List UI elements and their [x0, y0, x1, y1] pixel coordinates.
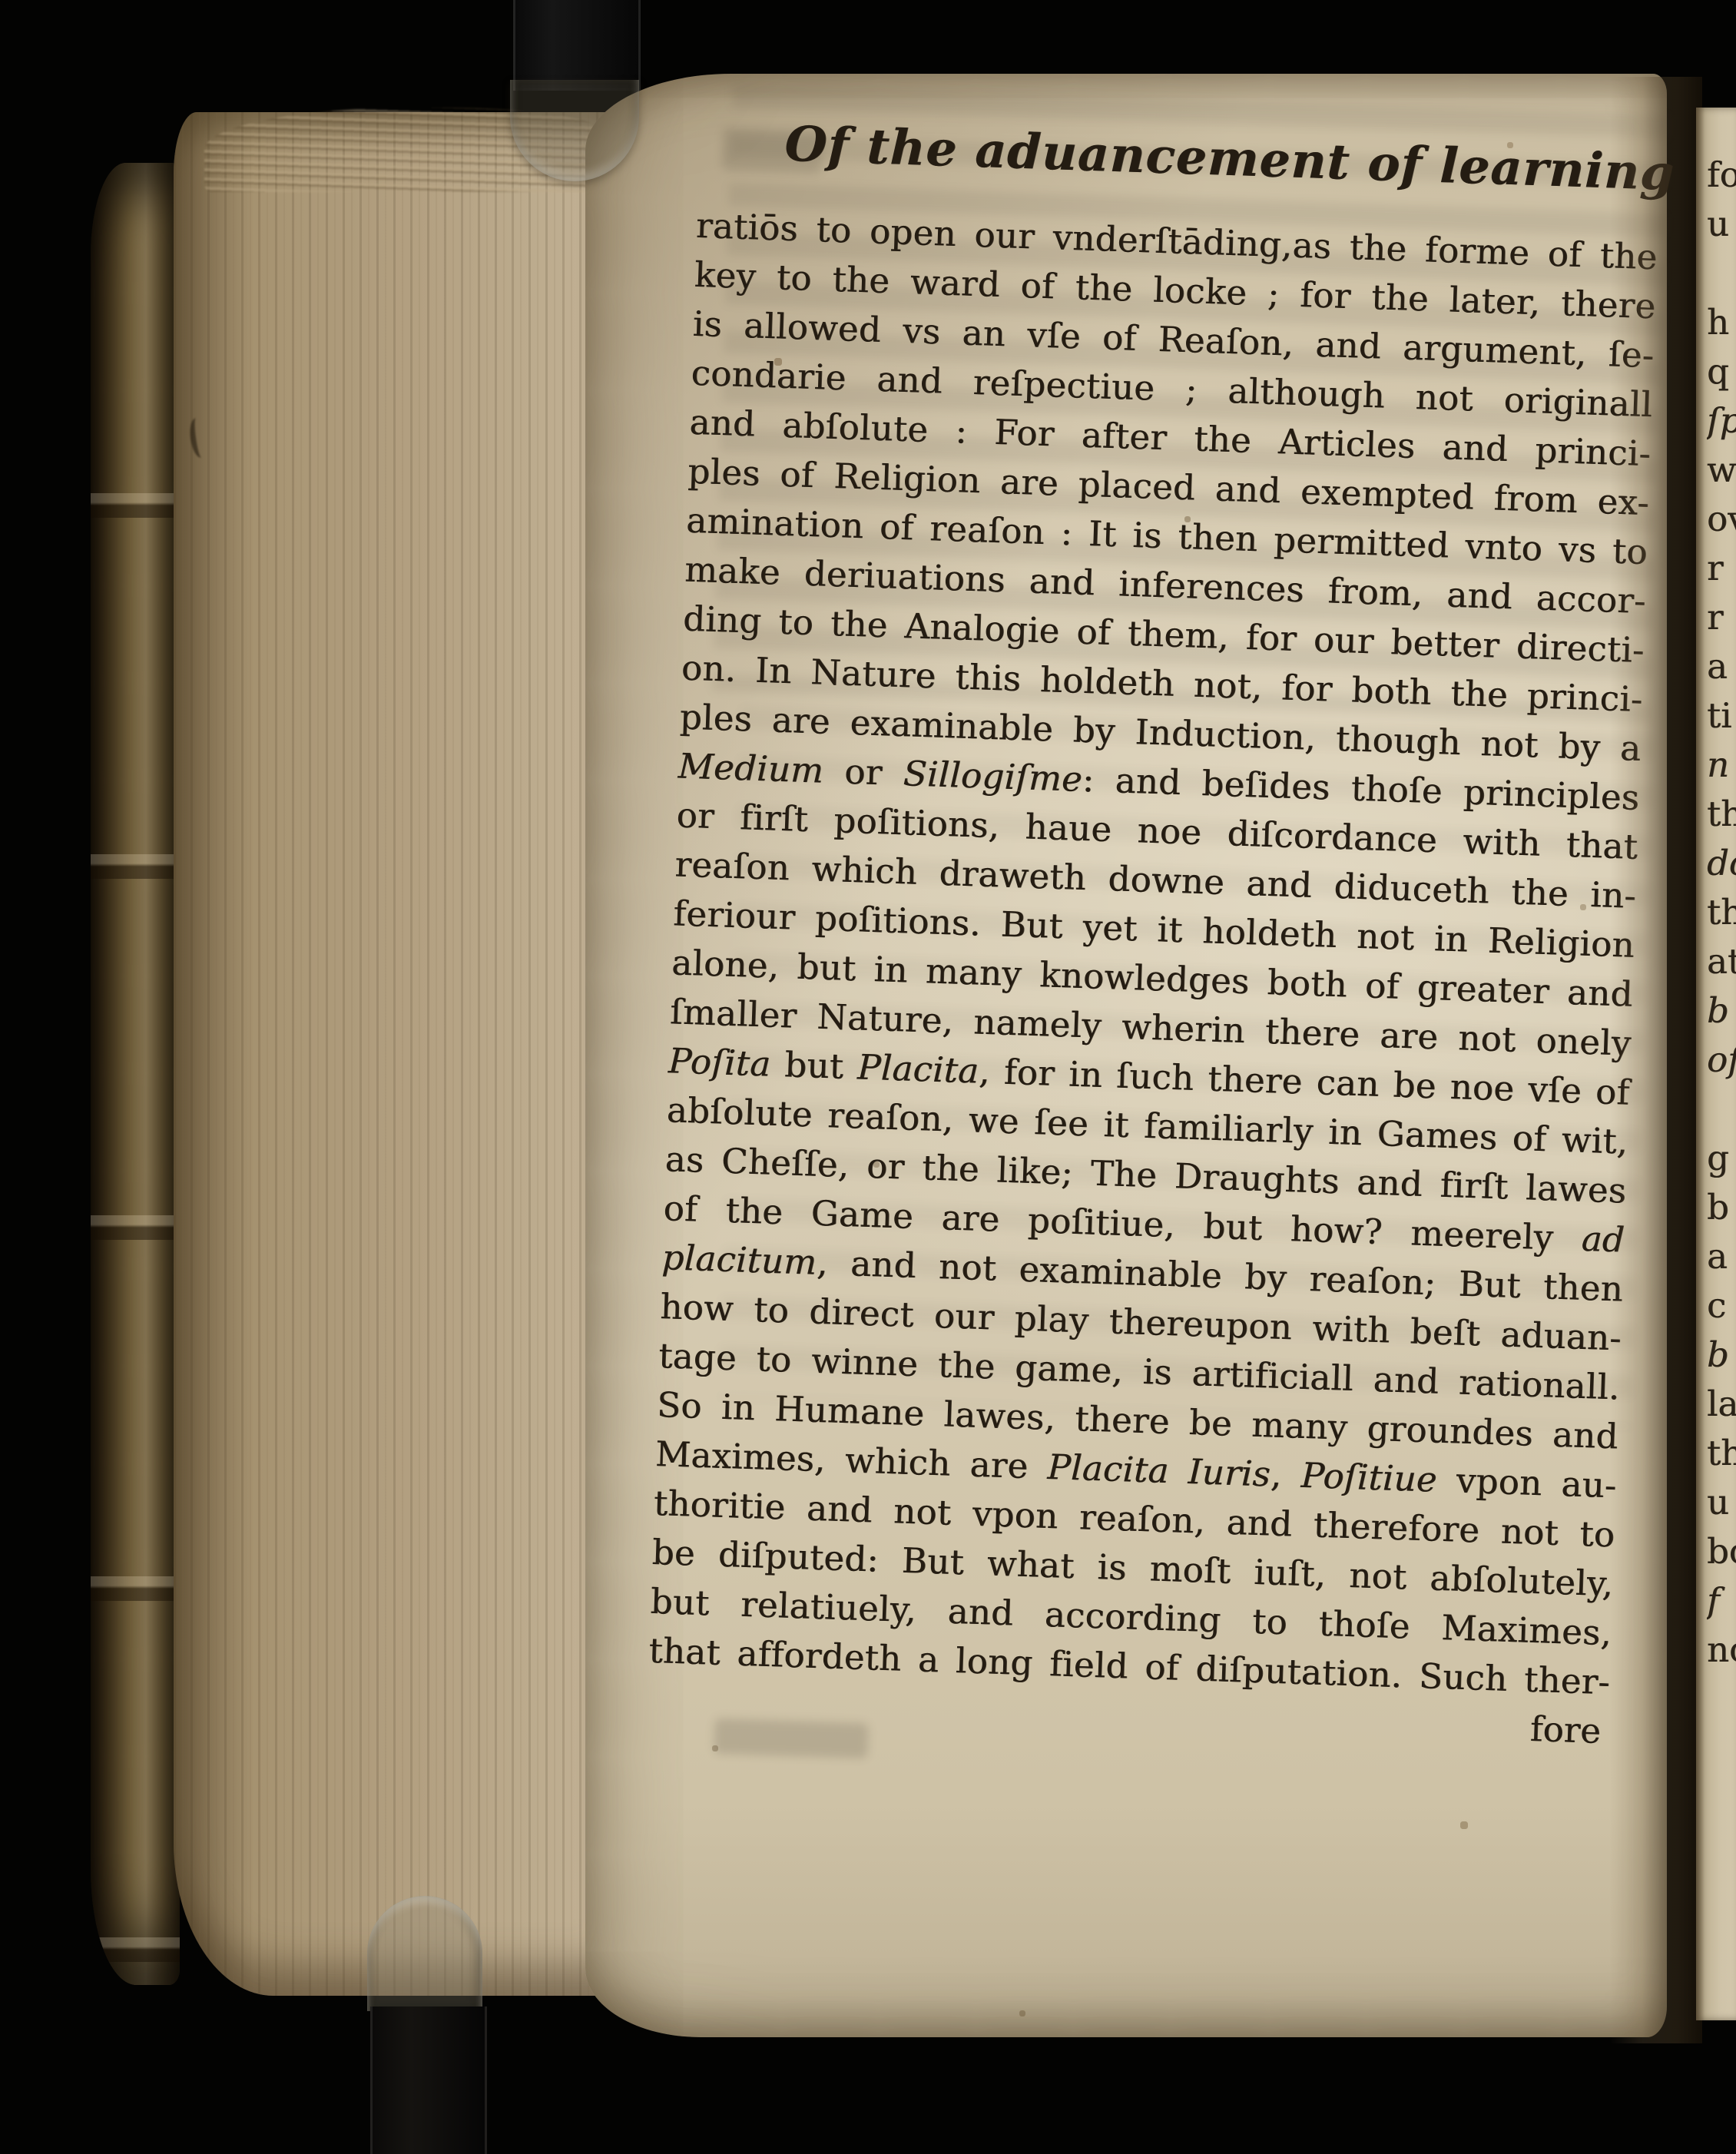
- facing-page-fragment: u: [1707, 200, 1736, 249]
- facing-page-fragment: b: [1707, 1183, 1736, 1232]
- gutter-shadow: [1610, 77, 1702, 2043]
- facing-page-fragment: u: [1707, 1478, 1736, 1527]
- facing-page-fragment: ov: [1707, 495, 1736, 544]
- facing-page-fragment: no: [1707, 1625, 1736, 1675]
- facing-page-fragment: fo: [1707, 151, 1736, 200]
- retaining-strap-top: [513, 0, 641, 91]
- facing-page-fragment: r: [1707, 593, 1736, 642]
- text-segment: but: [770, 1044, 858, 1088]
- paper-flecks: [0, 0, 2, 2]
- text-segment: Placita Iuris: [1047, 1446, 1271, 1495]
- page-stack-striations: [174, 112, 619, 1996]
- retaining-strap-bottom-glass: [367, 1896, 482, 2011]
- facing-page-fragment: ſp: [1707, 396, 1736, 446]
- facing-page-text-fragments: fouhqſpwovrratinthdotheatbofgbacblathubo…: [1707, 151, 1736, 1675]
- retaining-strap-bottom: [370, 2007, 487, 2154]
- facing-page-fragment: a: [1707, 642, 1736, 691]
- facing-page-fragment: th: [1707, 790, 1736, 839]
- text-segment: Sillogiſme: [903, 753, 1083, 800]
- photo-background: { "book": { "page_header": "Of the aduan…: [0, 0, 1736, 2154]
- book-spine-edge: [91, 163, 180, 1985]
- facing-page-fragment: f: [1707, 1576, 1736, 1625]
- facing-page-fragment: h: [1707, 298, 1736, 347]
- facing-page-fragment: b: [1707, 986, 1736, 1036]
- facing-page-fragment: do: [1707, 839, 1736, 888]
- text-segment: vpon au-: [1436, 1460, 1617, 1506]
- facing-page-fragment: at: [1707, 937, 1736, 986]
- facing-page-fragment: th: [1707, 1429, 1736, 1478]
- body-text: ratiōs to open our vnderſtāding,as the f…: [648, 201, 1658, 1707]
- text-segment: placitum: [661, 1237, 817, 1283]
- facing-page-fragment: a: [1707, 1232, 1736, 1281]
- text-segment: Poſita: [668, 1040, 771, 1084]
- facing-page-fragment: w: [1707, 446, 1736, 495]
- text-segment: Poſitiue: [1300, 1455, 1438, 1500]
- facing-page-fragment: the: [1707, 888, 1736, 937]
- text-segment: Maximes, which are: [654, 1433, 1048, 1487]
- facing-page-fragment: n: [1707, 741, 1736, 790]
- page-stack-edges: [174, 112, 619, 1996]
- facing-page-fragment: b: [1707, 1331, 1736, 1380]
- facing-page-fragment: g: [1707, 1134, 1736, 1183]
- facing-page-fragment: [1707, 249, 1736, 298]
- facing-page-fragment: bo: [1707, 1527, 1736, 1576]
- printed-text-block: Of the aduancement of learning ratiōs to…: [646, 91, 1661, 1756]
- facing-page-fragment: q: [1707, 347, 1736, 396]
- text-segment: Placita: [856, 1046, 979, 1091]
- facing-page-fragment: [1707, 1085, 1736, 1134]
- facing-page-fragment: of: [1707, 1036, 1736, 1085]
- spine-raised-bands: [91, 163, 180, 1985]
- text-segment: Medium: [678, 746, 824, 791]
- text-segment: ,: [1270, 1454, 1302, 1496]
- facing-page-fragment: r: [1707, 544, 1736, 593]
- facing-page-fragment: la: [1707, 1380, 1736, 1429]
- text-segment: or: [823, 751, 904, 794]
- facing-page-fragment: c: [1707, 1281, 1736, 1331]
- facing-page-fragment: ti: [1707, 691, 1736, 741]
